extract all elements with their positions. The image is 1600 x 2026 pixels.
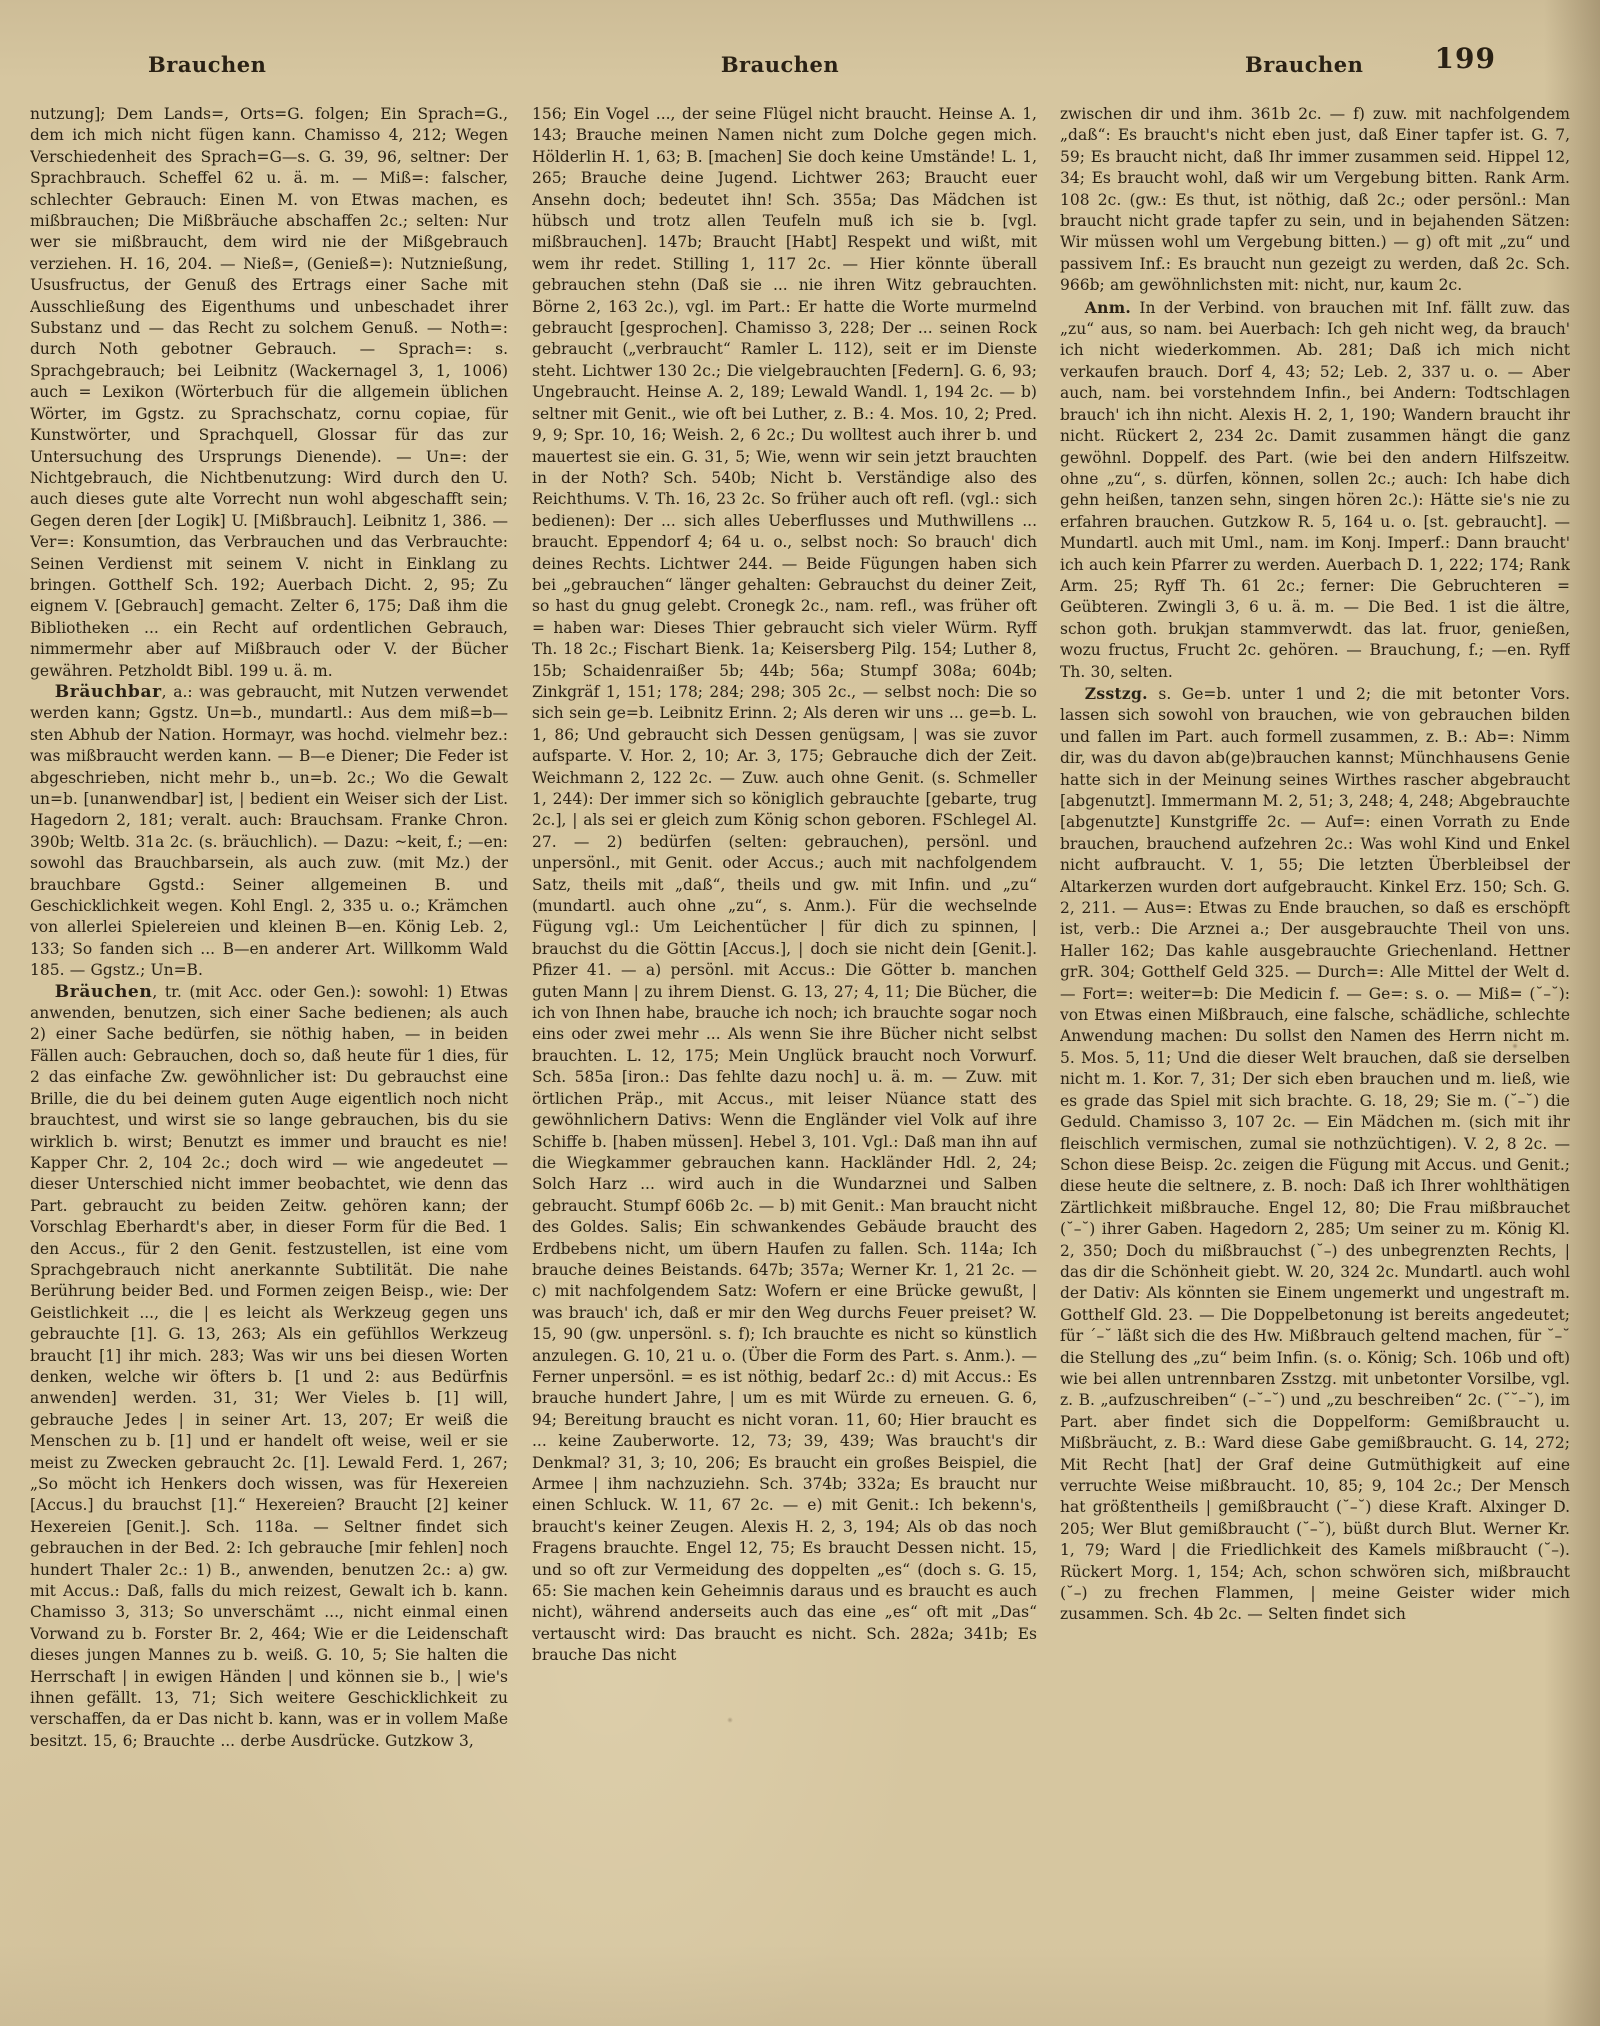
paragraph-continuation: 156; Ein Vogel ..., der seine Flügel nic… bbox=[532, 104, 1037, 1667]
entry-headword: Bräuchen bbox=[55, 982, 153, 1002]
running-title-column-1: Brauchen bbox=[148, 52, 266, 77]
entry-headword: Bräuchbar bbox=[55, 682, 162, 702]
running-title-column-3: Brauchen bbox=[1245, 52, 1363, 77]
text-column-2: 156; Ein Vogel ..., der seine Flügel nic… bbox=[532, 104, 1037, 1904]
entry-braeuchbar: Bräuchbar, a.: was gebraucht, mit Nutzen… bbox=[30, 682, 508, 982]
page-number: 199 bbox=[1420, 42, 1496, 75]
paragraph-lead-label: Anm. bbox=[1085, 298, 1131, 317]
scanned-dictionary-page: Brauchen Brauchen Brauchen 199 nutzung];… bbox=[0, 0, 1600, 2026]
paragraph-continuation: zwischen dir und ihm. 361b 2c. — f) zuw.… bbox=[1060, 104, 1570, 297]
paragraph-text: , a.: was gebraucht, mit Nutzen verwende… bbox=[30, 683, 508, 979]
paragraph-text: s. Ge=b. unter 1 und 2; die mit betonter… bbox=[1060, 685, 1570, 1623]
paragraph-text: zwischen dir und ihm. 361b 2c. — f) zuw.… bbox=[1060, 105, 1570, 294]
paragraph-text: 156; Ein Vogel ..., der seine Flügel nic… bbox=[532, 105, 1037, 1664]
paragraph-zusammensetzung: Zsstzg. s. Ge=b. unter 1 und 2; die mit … bbox=[1060, 683, 1570, 1626]
entry-braeuchen: Bräuchen, tr. (mit Acc. oder Gen.): sowo… bbox=[30, 982, 508, 1753]
running-title-column-2: Brauchen bbox=[700, 52, 860, 77]
paragraph-text: , tr. (mit Acc. oder Gen.): sowohl: 1) E… bbox=[30, 983, 508, 1750]
paragraph-anmerkung: Anm. In der Verbind. von brauchen mit In… bbox=[1060, 297, 1570, 683]
running-head: Brauchen Brauchen Brauchen bbox=[0, 52, 1600, 86]
text-column-1: nutzung]; Dem Lands=, Orts=G. folgen; Ei… bbox=[30, 104, 508, 1904]
text-column-3: zwischen dir und ihm. 361b 2c. — f) zuw.… bbox=[1060, 104, 1570, 1904]
paragraph-lead-label: Zsstzg. bbox=[1085, 684, 1148, 703]
paragraph-continuation: nutzung]; Dem Lands=, Orts=G. folgen; Ei… bbox=[30, 104, 508, 682]
paragraph-text: In der Verbind. von brauchen mit Inf. fä… bbox=[1060, 299, 1570, 681]
paragraph-text: nutzung]; Dem Lands=, Orts=G. folgen; Ei… bbox=[30, 105, 508, 680]
